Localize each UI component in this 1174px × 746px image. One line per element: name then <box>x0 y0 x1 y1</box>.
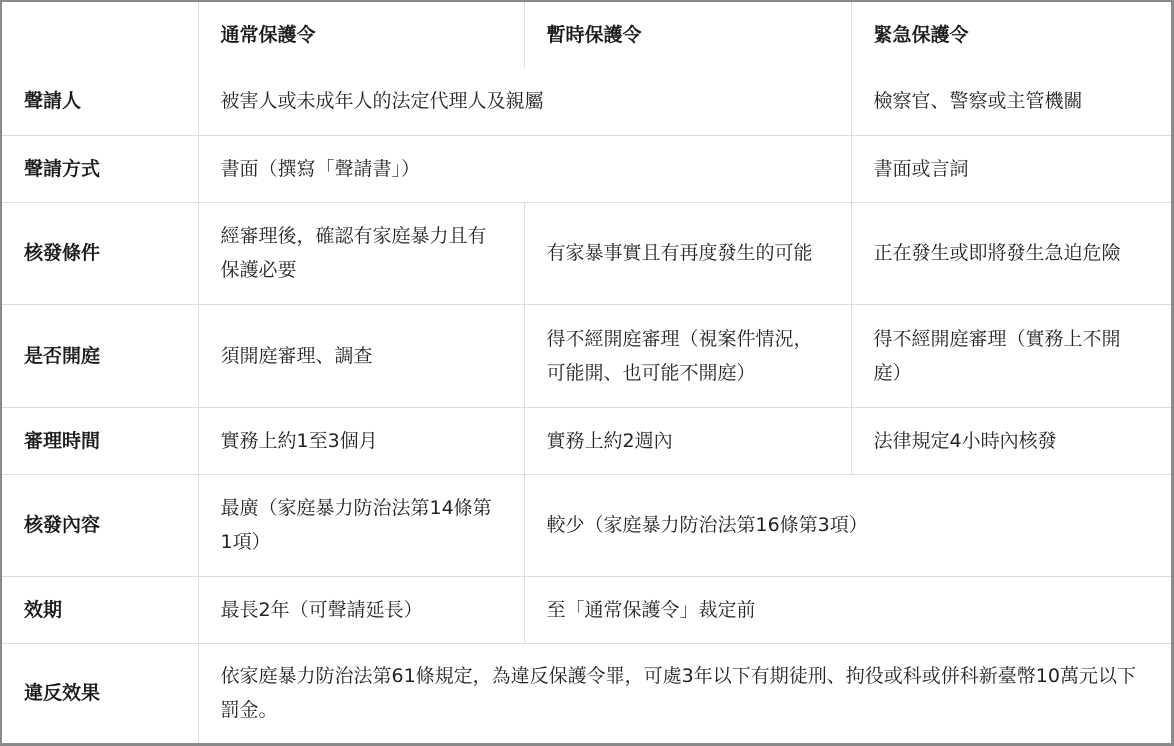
table-cell: 檢察官、警察或主管機關 <box>851 68 1171 135</box>
table-row-issuance-content: 核發內容 最廣（家庭暴力防治法第14條第1項） 較少（家庭暴力防治法第16條第3… <box>2 474 1171 576</box>
table-row-court-hearing: 是否開庭 須開庭審理、調查 得不經開庭審理（視案件情況，可能開、也可能不開庭） … <box>2 304 1171 407</box>
header-emergency-protection-order: 緊急保護令 <box>851 2 1171 68</box>
table-cell: 經審理後，確認有家庭暴力且有保護必要 <box>198 202 524 304</box>
table-cell: 有家暴事實且有再度發生的可能 <box>524 202 851 304</box>
row-label: 審理時間 <box>2 407 198 474</box>
table-cell: 至「通常保護令」裁定前 <box>524 576 1171 643</box>
table-cell: 依家庭暴力防治法第61條規定，為違反保護令罪，可處3年以下有期徒刑、拘役或科或併… <box>198 643 1171 743</box>
table-row-issuance-conditions: 核發條件 經審理後，確認有家庭暴力且有保護必要 有家暴事實且有再度發生的可能 正… <box>2 202 1171 304</box>
row-label: 核發條件 <box>2 202 198 304</box>
row-label: 聲請方式 <box>2 135 198 202</box>
row-label: 聲請人 <box>2 68 198 135</box>
table-cell: 得不經開庭審理（視案件情況，可能開、也可能不開庭） <box>524 304 851 407</box>
header-ordinary-protection-order: 通常保護令 <box>198 2 524 68</box>
table-cell: 較少（家庭暴力防治法第16條第3項） <box>524 474 1171 576</box>
table-cell: 書面或言詞 <box>851 135 1171 202</box>
row-label: 效期 <box>2 576 198 643</box>
table-cell: 書面（撰寫「聲請書」） <box>198 135 851 202</box>
header-corner-cell <box>2 2 198 68</box>
table-row-applicant: 聲請人 被害人或未成年人的法定代理人及親屬 檢察官、警察或主管機關 <box>2 68 1171 135</box>
table-cell: 實務上約2週內 <box>524 407 851 474</box>
table-cell: 正在發生或即將發生急迫危險 <box>851 202 1171 304</box>
row-label: 違反效果 <box>2 643 198 743</box>
table-row-validity-period: 效期 最長2年（可聲請延長） 至「通常保護令」裁定前 <box>2 576 1171 643</box>
table-cell: 得不經開庭審理（實務上不開庭） <box>851 304 1171 407</box>
table-cell: 實務上約1至3個月 <box>198 407 524 474</box>
table-cell: 法律規定4小時內核發 <box>851 407 1171 474</box>
protection-order-comparison-table: 通常保護令 暫時保護令 緊急保護令 聲請人 被害人或未成年人的法定代理人及親屬 … <box>2 2 1171 743</box>
table-row-review-time: 審理時間 實務上約1至3個月 實務上約2週內 法律規定4小時內核發 <box>2 407 1171 474</box>
header-temporary-protection-order: 暫時保護令 <box>524 2 851 68</box>
table-row-application-method: 聲請方式 書面（撰寫「聲請書」） 書面或言詞 <box>2 135 1171 202</box>
table-cell: 最廣（家庭暴力防治法第14條第1項） <box>198 474 524 576</box>
table-header-row: 通常保護令 暫時保護令 緊急保護令 <box>2 2 1171 68</box>
table-cell: 最長2年（可聲請延長） <box>198 576 524 643</box>
row-label: 核發內容 <box>2 474 198 576</box>
row-label: 是否開庭 <box>2 304 198 407</box>
table-cell: 被害人或未成年人的法定代理人及親屬 <box>198 68 851 135</box>
table-row-violation-consequence: 違反效果 依家庭暴力防治法第61條規定，為違反保護令罪，可處3年以下有期徒刑、拘… <box>2 643 1171 743</box>
comparison-table-frame: 通常保護令 暫時保護令 緊急保護令 聲請人 被害人或未成年人的法定代理人及親屬 … <box>0 0 1174 746</box>
table-cell: 須開庭審理、調查 <box>198 304 524 407</box>
